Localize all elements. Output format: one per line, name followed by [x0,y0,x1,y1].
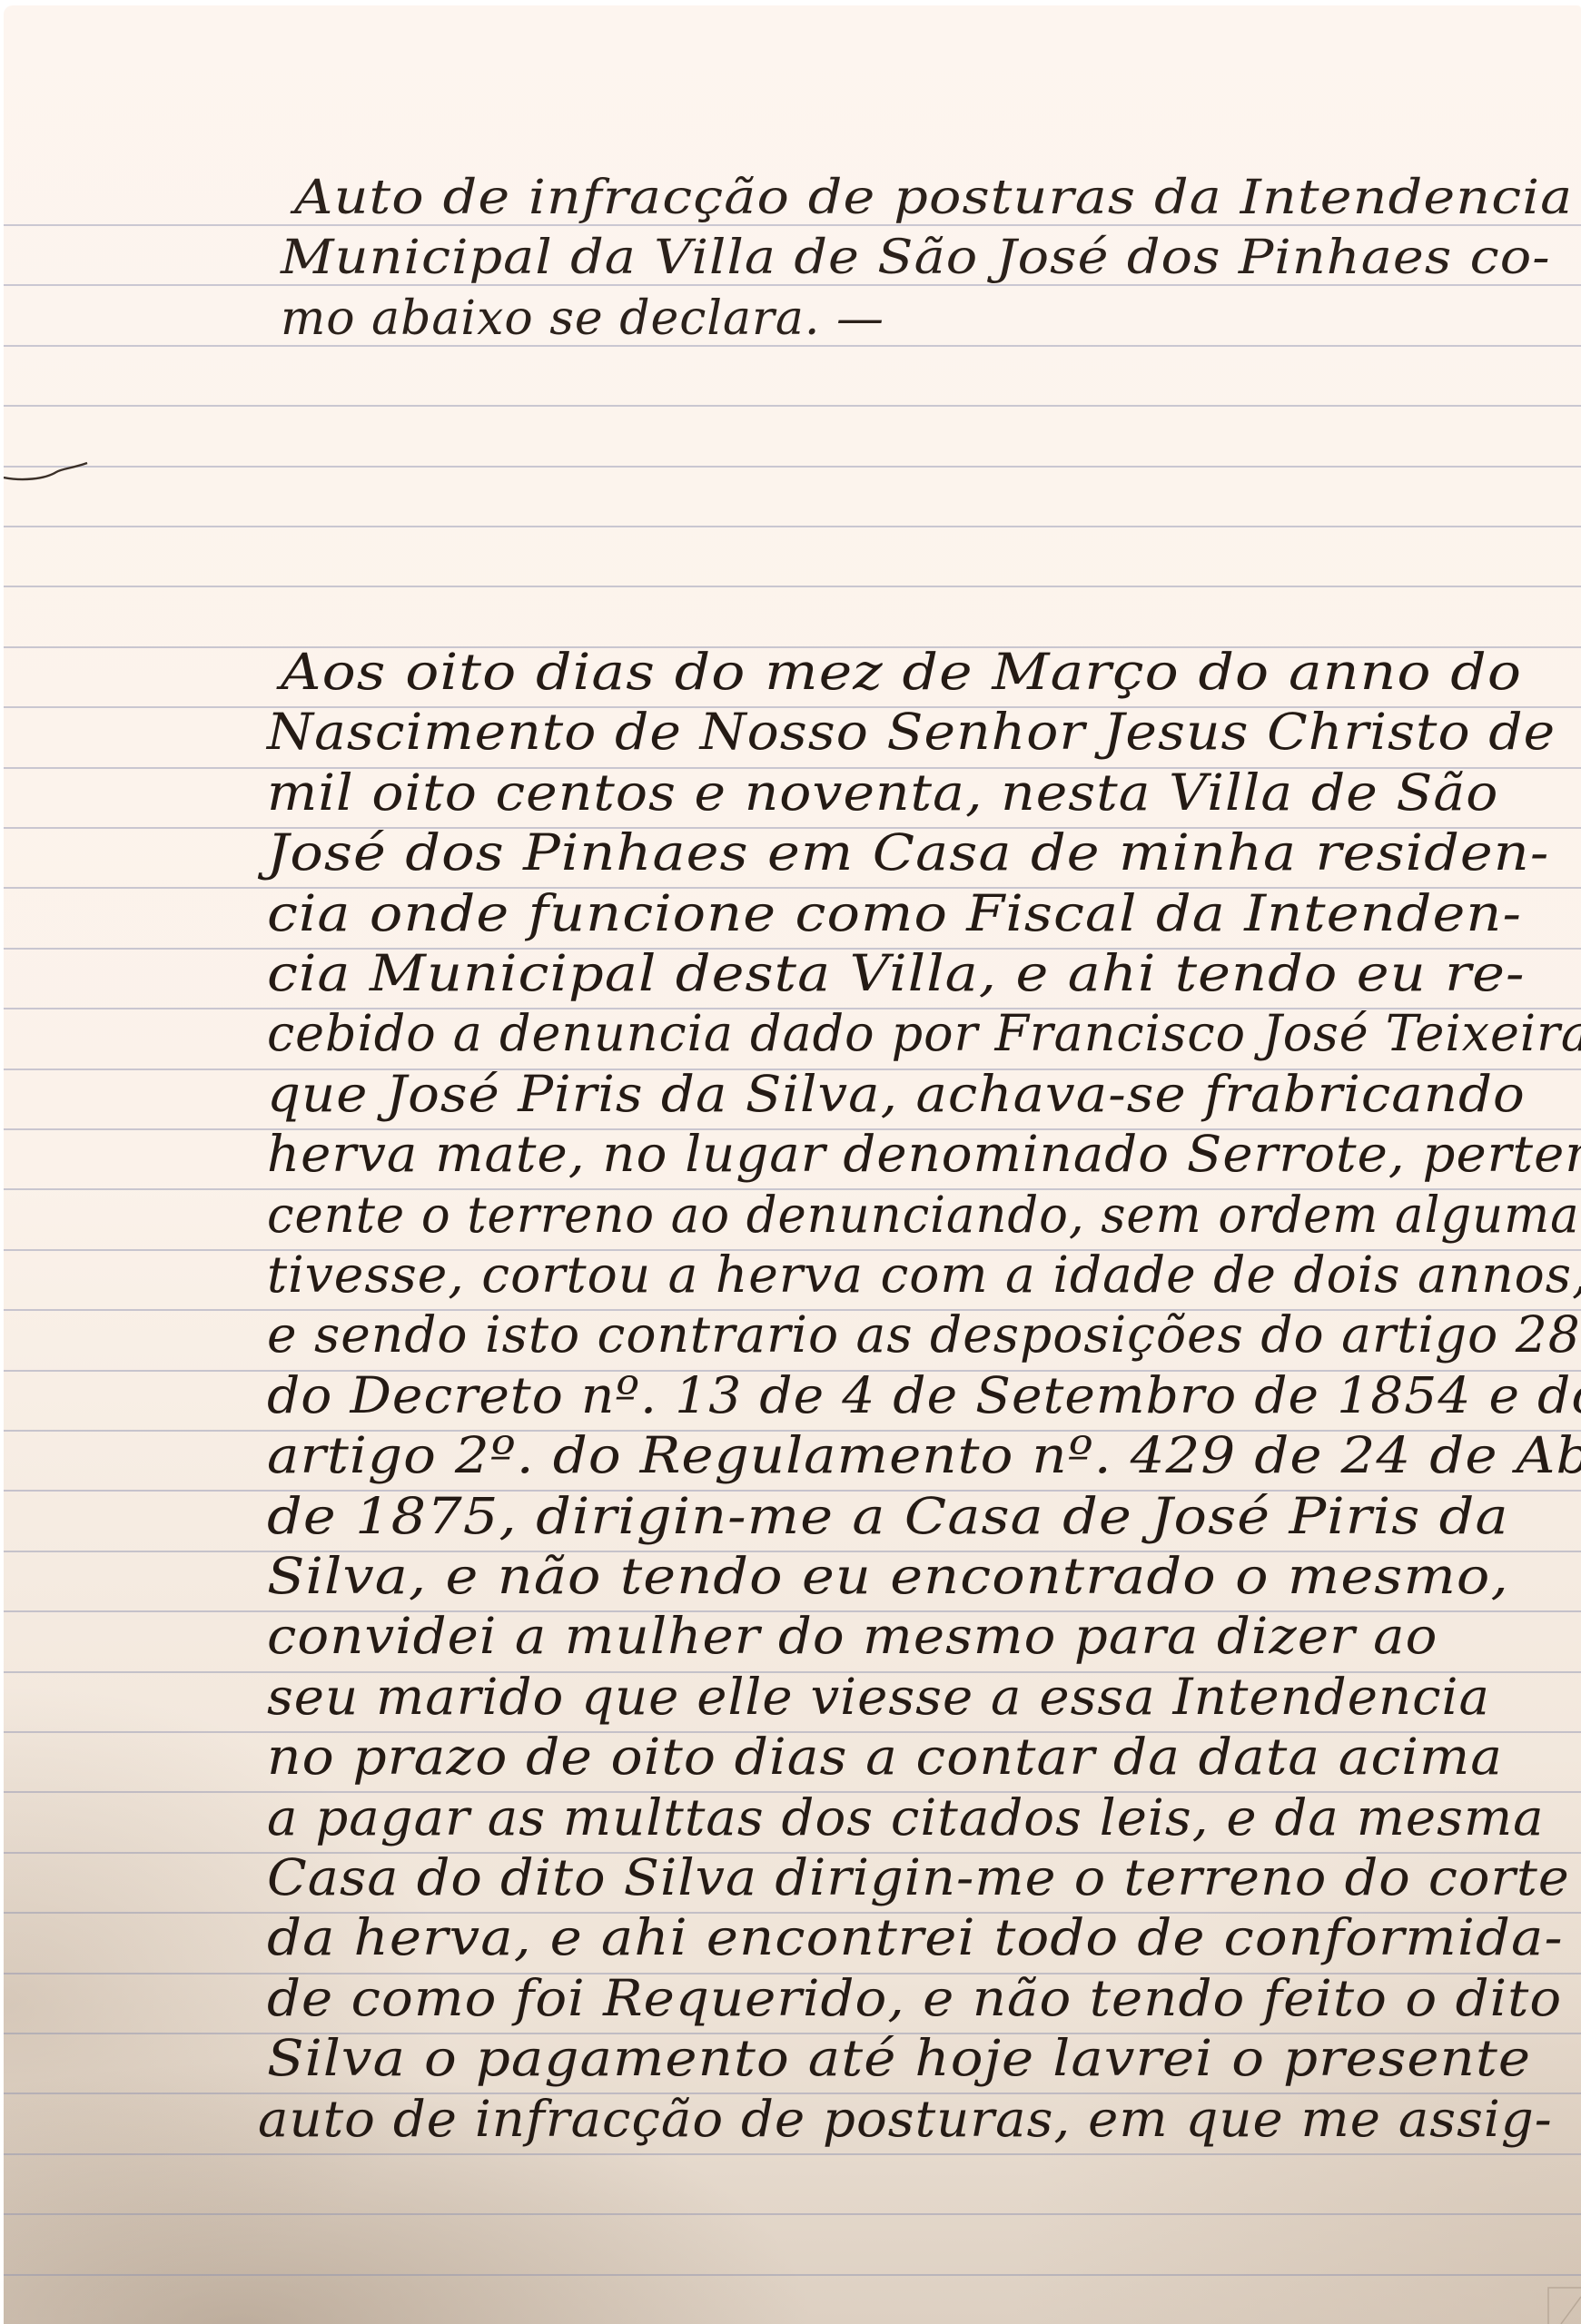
rule-line [4,2274,1581,2276]
rule-line [4,405,1581,407]
handwritten-text: auto de infracção de posturas, em que me… [258,2089,1553,2149]
manuscript-page: Auto de infracção de posturas da Intende… [4,5,1581,2324]
handwritten-text: seu marido que elle viesse a essa Intend… [267,1667,1490,1727]
body-line: mil oito centos e noventa, nesta Villa d… [4,766,1581,826]
body-line: José dos Pinhaes em Casa de minha reside… [4,826,1581,886]
handwritten-text: a pagar as multtas dos citados leis, e d… [267,1787,1545,1847]
rule-line [4,526,1581,527]
body-line: da herva, e ahi encontrei todo de confor… [4,1911,1581,1971]
handwritten-text: José dos Pinhaes em Casa de minha reside… [267,822,1549,882]
body-line: cente o terreno ao denunciando, sem orde… [4,1188,1581,1248]
handwritten-text: que José Piris da Silva, achava-se frabr… [267,1064,1526,1124]
heading-line: Municipal da Villa de São José dos Pinha… [4,231,1581,291]
body-line: Silva o pagamento até hoje lavrei o pres… [4,2032,1581,2092]
handwritten-text: de 1875, dirigin-me a Casa de José Piris… [267,1486,1509,1546]
rule-line [4,466,1581,468]
handwritten-text: do Decreto nº. 13 de 4 de Setembro de 18… [267,1365,1581,1425]
heading-line: mo abaixo se declara. — [4,292,1581,352]
body-line: auto de infracção de posturas, em que me… [4,2093,1581,2152]
body-line: que José Piris da Silva, achava-se frabr… [4,1068,1581,1128]
body-line: seu marido que elle viesse a essa Intend… [4,1670,1581,1730]
handwritten-text: Aos oito dias do mez de Março do anno do [281,642,1522,702]
page-corner-mark [1545,2260,1581,2324]
body-line: de como foi Requerido, e não tendo feito… [4,1972,1581,2032]
body-line: Nascimento de Nosso Senhor Jesus Christo… [4,705,1581,765]
margin-pen-stroke [4,459,90,485]
body-line: cebido a denuncia dado por Francisco Jos… [4,1007,1581,1067]
rule-line [4,586,1581,587]
handwritten-text: tivesse, cortou a herva com a idade de d… [267,1245,1581,1305]
body-line: cia Municipal desta Villa, e ahi tendo e… [4,947,1581,1007]
handwritten-text: convidei a mulher do mesmo para dizer ao [267,1606,1438,1666]
body-line: de 1875, dirigin-me a Casa de José Piris… [4,1490,1581,1550]
body-line: tivesse, cortou a herva com a idade de d… [4,1248,1581,1308]
handwritten-text: cia onde funcione como Fiscal da Intende… [267,883,1522,943]
handwritten-text: cebido a denuncia dado por Francisco Jos… [267,1003,1581,1063]
handwritten-text: cente o terreno ao denunciando, sem orde… [267,1185,1581,1245]
handwritten-text: cia Municipal desta Villa, e ahi tendo e… [267,943,1526,1003]
body-line: herva mate, no lugar denominado Serrote,… [4,1128,1581,1187]
handwritten-text: mil oito centos e noventa, nesta Villa d… [267,763,1498,822]
body-line: a pagar as multtas dos citados leis, e d… [4,1791,1581,1851]
body-line: artigo 2º. do Regulamento nº. 429 de 24 … [4,1429,1581,1489]
handwritten-text: Nascimento de Nosso Senhor Jesus Christo… [267,702,1556,762]
body-line: cia onde funcione como Fiscal da Intende… [4,887,1581,947]
body-line: no prazo de oito dias a contar da data a… [4,1730,1581,1790]
body-line: Casa do dito Silva dirigin-me o terreno … [4,1851,1581,1911]
body-line: e sendo isto contrario as desposições do… [4,1308,1581,1368]
heading-line: Auto de infracção de posturas da Intende… [4,172,1581,231]
handwritten-text: Silva o pagamento até hoje lavrei o pres… [267,2028,1531,2088]
body-line: Silva, e não tendo eu encontrado o mesmo… [4,1550,1581,1610]
handwritten-text: de como foi Requerido, e não tendo feito… [267,1968,1562,2028]
body-line: do Decreto nº. 13 de 4 de Setembro de 18… [4,1369,1581,1429]
body-line: Aos oito dias do mez de Março do anno do [4,645,1581,705]
handwritten-text: artigo 2º. do Regulamento nº. 429 de 24 … [267,1425,1581,1485]
handwritten-text: Casa do dito Silva dirigin-me o terreno … [267,1847,1570,1907]
rule-line [4,2153,1581,2155]
rule-line [4,2213,1581,2215]
body-line: convidei a mulher do mesmo para dizer ao [4,1610,1581,1669]
handwritten-text: Silva, e não tendo eu encontrado o mesmo… [267,1546,1509,1606]
handwritten-text: da herva, e ahi encontrei todo de confor… [267,1907,1564,1967]
handwritten-text: e sendo isto contrario as desposições do… [267,1305,1581,1364]
handwritten-text: no prazo de oito dias a contar da data a… [267,1727,1503,1787]
handwritten-text: herva mate, no lugar denominado Serrote,… [267,1124,1581,1184]
